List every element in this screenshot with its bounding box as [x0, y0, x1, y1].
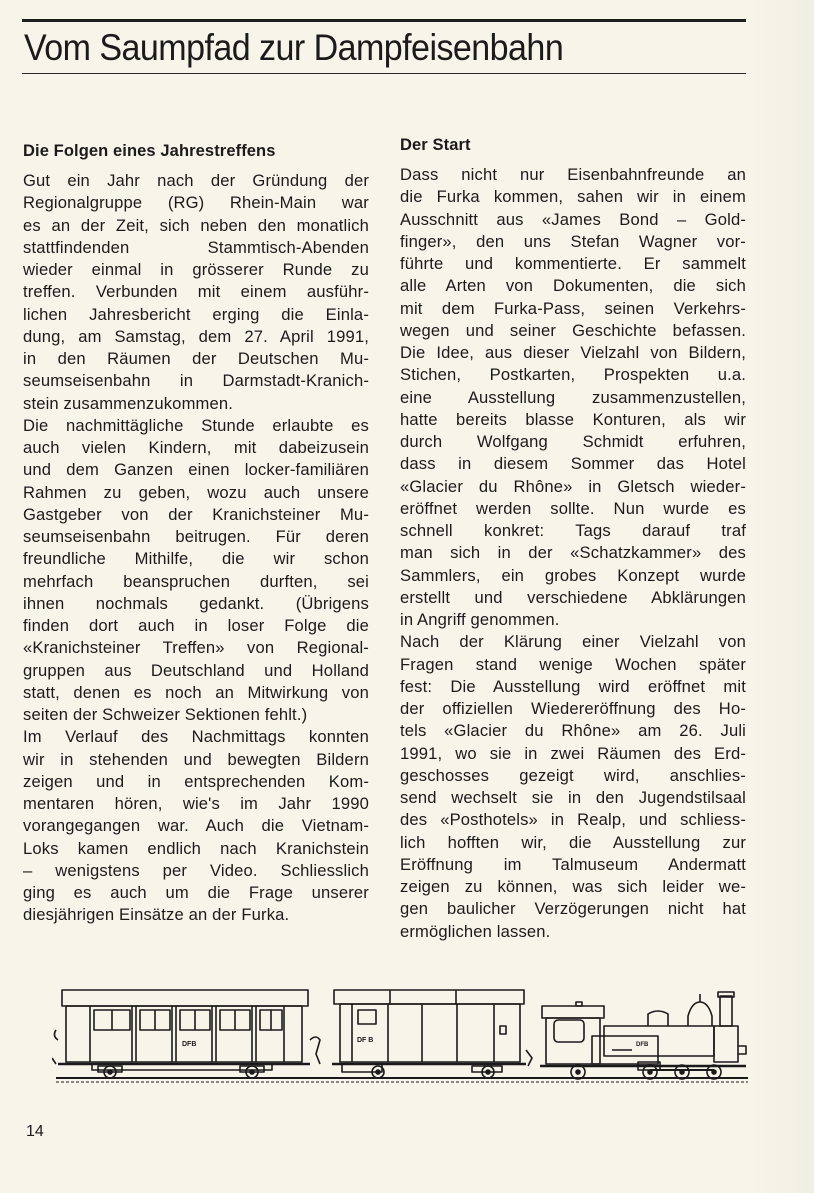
text-line: finger», den uns Stefan Wagner vor- — [400, 231, 746, 253]
right-column: Der Start Dass nicht nur Eisenbahnfreund… — [400, 134, 746, 943]
text-line: Die Idee, aus dieser Vielzahl von Bilder… — [400, 342, 746, 364]
page-edge-shadow — [750, 0, 814, 1193]
text-line: Loks kamen endlich nach Kranichstein — [23, 838, 369, 860]
steam-locomotive-icon: DFB — [540, 992, 746, 1079]
text-line: erstellt und verschiedene Abklärungen — [400, 587, 746, 609]
text-line: wir in stehenden und bewegten Bildern — [23, 749, 369, 771]
text-line: diesjährigen Einsätze an der Furka. — [23, 904, 369, 926]
svg-text:DFB: DFB — [182, 1041, 196, 1048]
left-column-body: Gut ein Jahr nach der Gründung derRegion… — [23, 170, 369, 927]
left-column: Die Folgen eines Jahrestreffens Gut ein … — [23, 140, 369, 927]
text-line: durch Wolfgang Schmidt erfuhren, — [400, 431, 746, 453]
text-line: ging es auch um die Frage unserer — [23, 882, 369, 904]
svg-text:DFB: DFB — [636, 1042, 649, 1048]
text-line: Eröffnung im Talmuseum Andermatt — [400, 854, 746, 876]
text-line: Gastgeber von der Kranichsteiner Mu- — [23, 504, 369, 526]
text-line: vorangegangen war. Auch die Vietnam- — [23, 815, 369, 837]
text-line: seumseisenbahn beitrugen. Für deren — [23, 526, 369, 548]
text-line: geschosses gezeigt wird, anschlies- — [400, 765, 746, 787]
text-line: gruppen aus Deutschland und Holland — [23, 660, 369, 682]
text-line: in den Räumen der Deutschen Mu- — [23, 348, 369, 370]
text-line: zeigen und in entsprechenden Kom- — [23, 771, 369, 793]
text-line: es an der Zeit, sich neben den monatlich — [23, 215, 369, 237]
text-line: seiten der Schweizer Sektionen fehlt.) — [23, 704, 369, 726]
text-line: hatte bereits blasse Konturen, als wir — [400, 409, 746, 431]
text-line: stein zusammenzukommen. — [23, 393, 369, 415]
text-line: führte und kommentierte. Er sammelt — [400, 253, 746, 275]
track-icon — [56, 1078, 748, 1082]
text-line: auch vielen Kindern, mit dabeizusein — [23, 437, 369, 459]
text-line: die Furka kommen, sahen wir in einem — [400, 186, 746, 208]
text-line: eine Ausstellung zusammenzustellen, — [400, 387, 746, 409]
text-line: freundliche Mithilfe, die wir schon — [23, 548, 369, 570]
text-line: Regionalgruppe (RG) Rhein-Main war — [23, 192, 369, 214]
text-line: Dass nicht nur Eisenbahnfreunde an — [400, 164, 746, 186]
text-line: Fragen stand wenige Wochen später — [400, 654, 746, 676]
text-line: Rahmen zu geben, wozu auch unsere — [23, 482, 369, 504]
text-line: – wenigstens per Video. Schliesslich — [23, 860, 369, 882]
text-line: finden dort auch in loser Folge die — [23, 615, 369, 637]
text-line: seumseisenbahn in Darmstadt-Kranich- — [23, 370, 369, 392]
text-line: 1991, wo sie in zwei Räumen des Erd- — [400, 743, 746, 765]
text-line: «Glacier du Rhône» in Gletsch wieder- — [400, 476, 746, 498]
text-line: Im Verlauf des Nachmittags konnten — [23, 726, 369, 748]
text-line: und dem Ganzen einen locker-familiären — [23, 459, 369, 481]
text-line: zeigen zu können, was sich leider we- — [400, 876, 746, 898]
text-line: wegen und seiner Geschichte befassen. — [400, 320, 746, 342]
text-line: ihnen nochmals gedankt. (Übrigens — [23, 593, 369, 615]
passenger-coach-icon: DFB — [52, 990, 320, 1078]
text-line: Die nachmittägliche Stunde erlaubte es — [23, 415, 369, 437]
text-line: ermöglichen lassen. — [400, 921, 746, 943]
text-line: des «Posthotels» in Realp, und schliess- — [400, 809, 746, 831]
page-title: Vom Saumpfad zur Dampfeisenbahn — [24, 28, 563, 68]
svg-text:DF B: DF B — [357, 1037, 373, 1044]
text-line: mit dem Furka-Pass, seinen Verkehrs- — [400, 298, 746, 320]
text-line: lichen Jahresbericht erging die Einla- — [23, 304, 369, 326]
text-line: dung, am Samstag, dem 27. April 1991, — [23, 326, 369, 348]
text-line: in Angriff genommen. — [400, 609, 746, 631]
text-line: statt, denen es noch an Mitwirkung von — [23, 682, 369, 704]
text-line: dass in diesem Sommer das Hotel — [400, 453, 746, 475]
text-line: send wechselt sie in den Jugendstilsaal — [400, 787, 746, 809]
text-line: stattfindenden Stammtisch-Abenden — [23, 237, 369, 259]
text-line: Sammlers, ein grobes Konzept wurde — [400, 565, 746, 587]
text-line: Gut ein Jahr nach der Gründung der — [23, 170, 369, 192]
text-line: gen baulicher Verzögerungen nicht hat — [400, 898, 746, 920]
text-line: alle Arten von Dokumenten, die sich — [400, 275, 746, 297]
text-line: man sich in der «Schatzkammer» des — [400, 542, 746, 564]
text-line: Nach der Klärung einer Vielzahl von — [400, 631, 746, 653]
train-illustration: DFB DF B — [52, 980, 752, 1090]
text-line: schnell konkret: Tags darauf traf — [400, 520, 746, 542]
text-line: wieder einmal in grösserer Runde zu — [23, 259, 369, 281]
right-column-body: Dass nicht nur Eisenbahnfreunde andie Fu… — [400, 164, 746, 943]
section-heading-right: Der Start — [400, 134, 746, 156]
baggage-van-icon: DF B — [332, 990, 532, 1078]
text-line: «Kranichsteiner Treffen» von Regional- — [23, 637, 369, 659]
text-line: Ausschnitt aus «James Bond – Gold- — [400, 209, 746, 231]
text-line: eröffnet werden sollte. Nun wurde es — [400, 498, 746, 520]
title-block: Vom Saumpfad zur Dampfeisenbahn — [22, 19, 746, 74]
text-line: Stichen, Postkarten, Prospekten u.a. — [400, 364, 746, 386]
text-line: treffen. Verbunden mit einem ausführ- — [23, 281, 369, 303]
text-line: mehrfach beanspruchen durften, sei — [23, 571, 369, 593]
section-heading-left: Die Folgen eines Jahrestreffens — [23, 140, 369, 162]
text-line: lich hofften wir, die Ausstellung zur — [400, 832, 746, 854]
text-line: der offiziellen Wiedereröffnung des Ho- — [400, 698, 746, 720]
page-number: 14 — [26, 1122, 44, 1142]
text-line: fest: Die Ausstellung wird eröffnet mit — [400, 676, 746, 698]
text-line: mentaren hören, wie's im Jahr 1990 — [23, 793, 369, 815]
text-line: tels «Glacier du Rhône» am 26. Juli — [400, 720, 746, 742]
